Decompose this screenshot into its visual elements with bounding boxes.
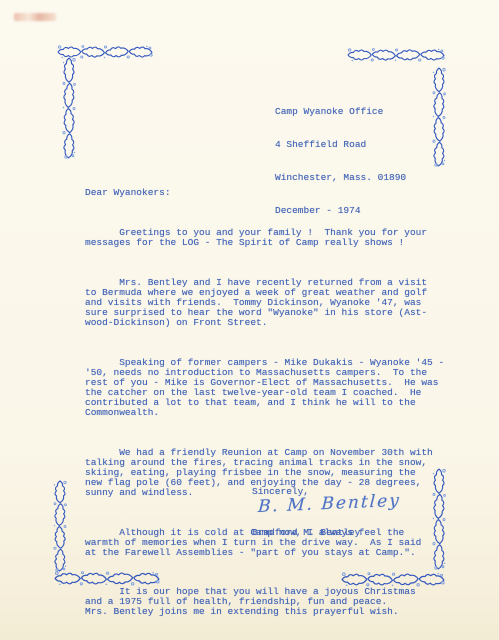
letterhead-street: 4 Sheffield Road [275, 139, 406, 150]
letterhead-office: Camp Wyanoke Office [275, 106, 406, 117]
salutation: Dear Wyanokers: [85, 188, 465, 198]
letter-page: Camp Wyanoke Office 4 Sheffield Road Win… [0, 0, 499, 640]
holly-garland-top-left-vertical-icon [61, 57, 77, 159]
holly-garland-top-right-vertical-icon [431, 67, 447, 167]
letter-body: Dear Wyanokers: Greetings to you and you… [85, 168, 465, 640]
paragraph-bermuda-trip: Mrs. Bentley and I have recently returne… [85, 278, 465, 328]
paragraph-christmas-wish: It is our hope that you will have a joyo… [85, 587, 465, 617]
red-ink-smudge [14, 13, 56, 21]
holly-garland-bottom-left-vertical-icon [52, 480, 68, 572]
paragraph-greetings: Greetings to you and your family ! Thank… [85, 228, 465, 248]
paragraph-dukakis: Speaking of former campers - Mike Dukaki… [85, 358, 465, 418]
holly-garland-top-right-horizontal-icon [347, 47, 445, 63]
typed-signature-name: Bradford M. Bentley [252, 528, 360, 538]
